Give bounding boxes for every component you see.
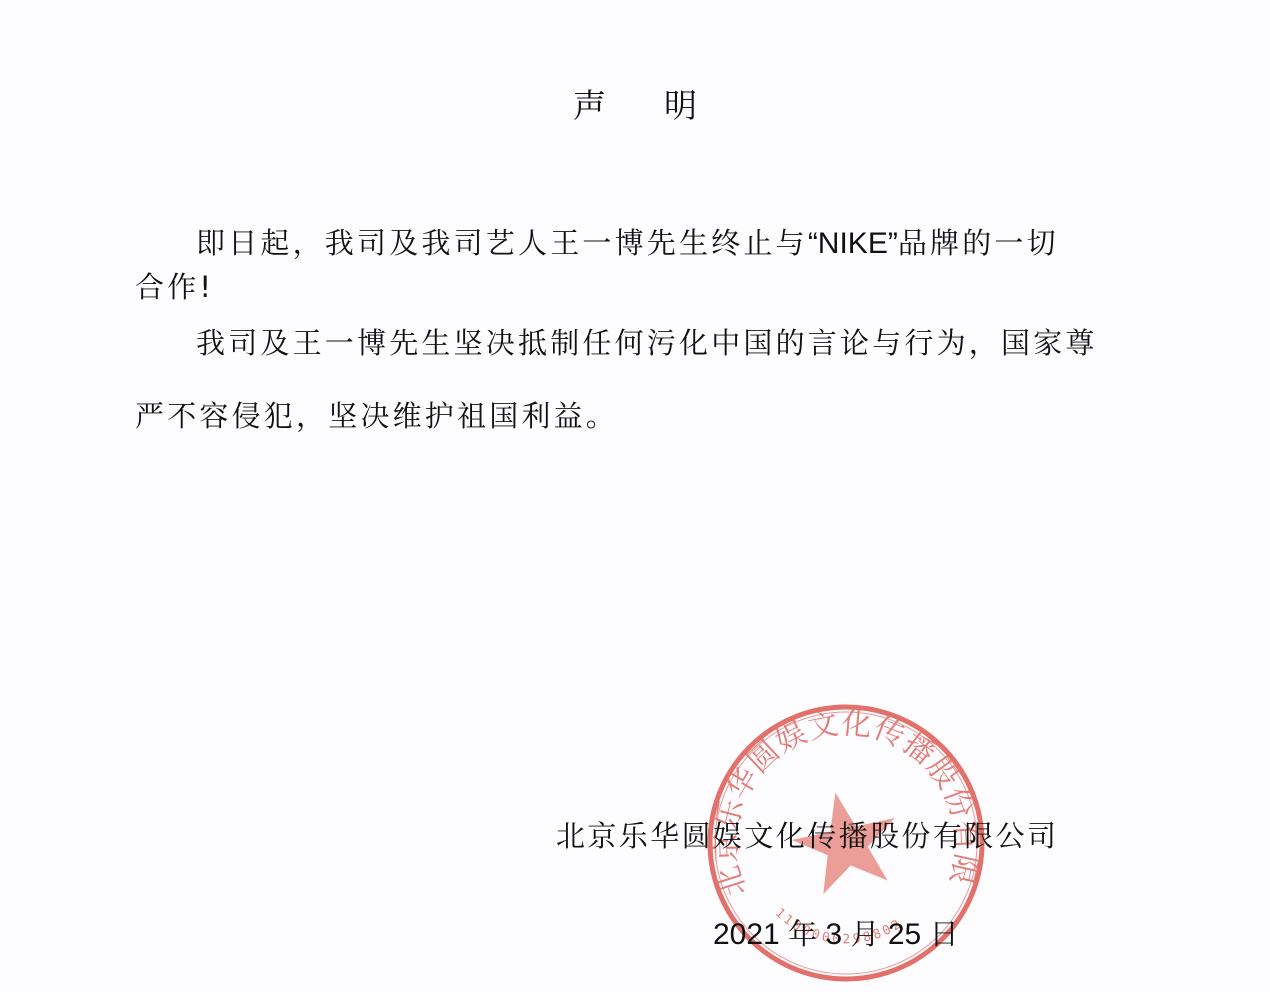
title-char-1: 声: [573, 80, 606, 127]
date-month: 3: [825, 918, 842, 951]
date-day-unit: 日: [930, 917, 959, 951]
date-day: 25: [888, 918, 921, 951]
paragraph-1-line-2: 合作!: [135, 265, 214, 306]
date-year: 2021: [713, 918, 780, 951]
paragraph-2-line-2: 严不容侵犯，坚决维护祖国利益。: [135, 394, 618, 435]
paragraph-2-line-1: 我司及王一博先生坚决抵制任何污化中国的言论与行为，国家尊: [196, 321, 1098, 362]
statement-document: 声明 即日起，我司及我司艺人王一博先生终止与“NIKE”品牌的一切 合作! 我司…: [0, 0, 1270, 992]
title-char-2: 明: [664, 80, 697, 127]
paragraph-1-text: 即日起，我司及我司艺人王一博先生终止与: [196, 226, 808, 260]
date-year-unit: 年: [788, 917, 817, 951]
paragraph-1-text-rest: 品牌的一切: [898, 226, 1059, 260]
document-title: 声明: [0, 80, 1270, 127]
date-month-unit: 月: [850, 917, 879, 951]
brand-name: “NIKE”: [808, 227, 898, 260]
company-name: 北京乐华圆娱文化传播股份有限公司: [556, 814, 1058, 855]
paragraph-1-line-1: 即日起，我司及我司艺人王一博先生终止与“NIKE”品牌的一切: [196, 221, 1059, 262]
statement-date: 2021 年 3 月 25 日: [713, 912, 959, 953]
